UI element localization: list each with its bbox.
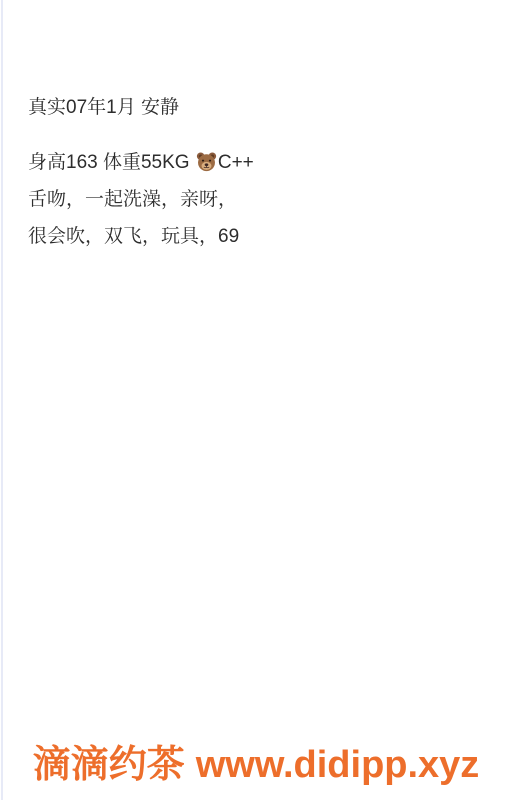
watermark-footer: 滴滴约茶www.didipp.xyz	[0, 738, 512, 792]
bear-face-icon	[196, 148, 217, 169]
left-edge-divider	[1, 0, 3, 800]
watermark-url: www.didipp.xyz	[196, 744, 480, 786]
post-title: 真实07年1月 安静	[28, 96, 492, 120]
stats-line: 身高163 体重55KG C++	[28, 144, 492, 181]
watermark-brand: 滴滴约茶	[33, 744, 185, 786]
post-content: 真实07年1月 安静 身高163 体重55KG C++ 舌吻，一起洗澡，亲呀， …	[28, 96, 492, 255]
service-line: 很会吹，双飞，玩具，69	[28, 218, 492, 255]
stats-text-prefix: 身高163 体重55KG	[28, 152, 195, 173]
service-line: 舌吻，一起洗澡，亲呀，	[28, 181, 492, 218]
page: 真实07年1月 安静 身高163 体重55KG C++ 舌吻，一起洗澡，亲呀， …	[0, 0, 512, 800]
stats-text-suffix: C++	[218, 152, 254, 173]
